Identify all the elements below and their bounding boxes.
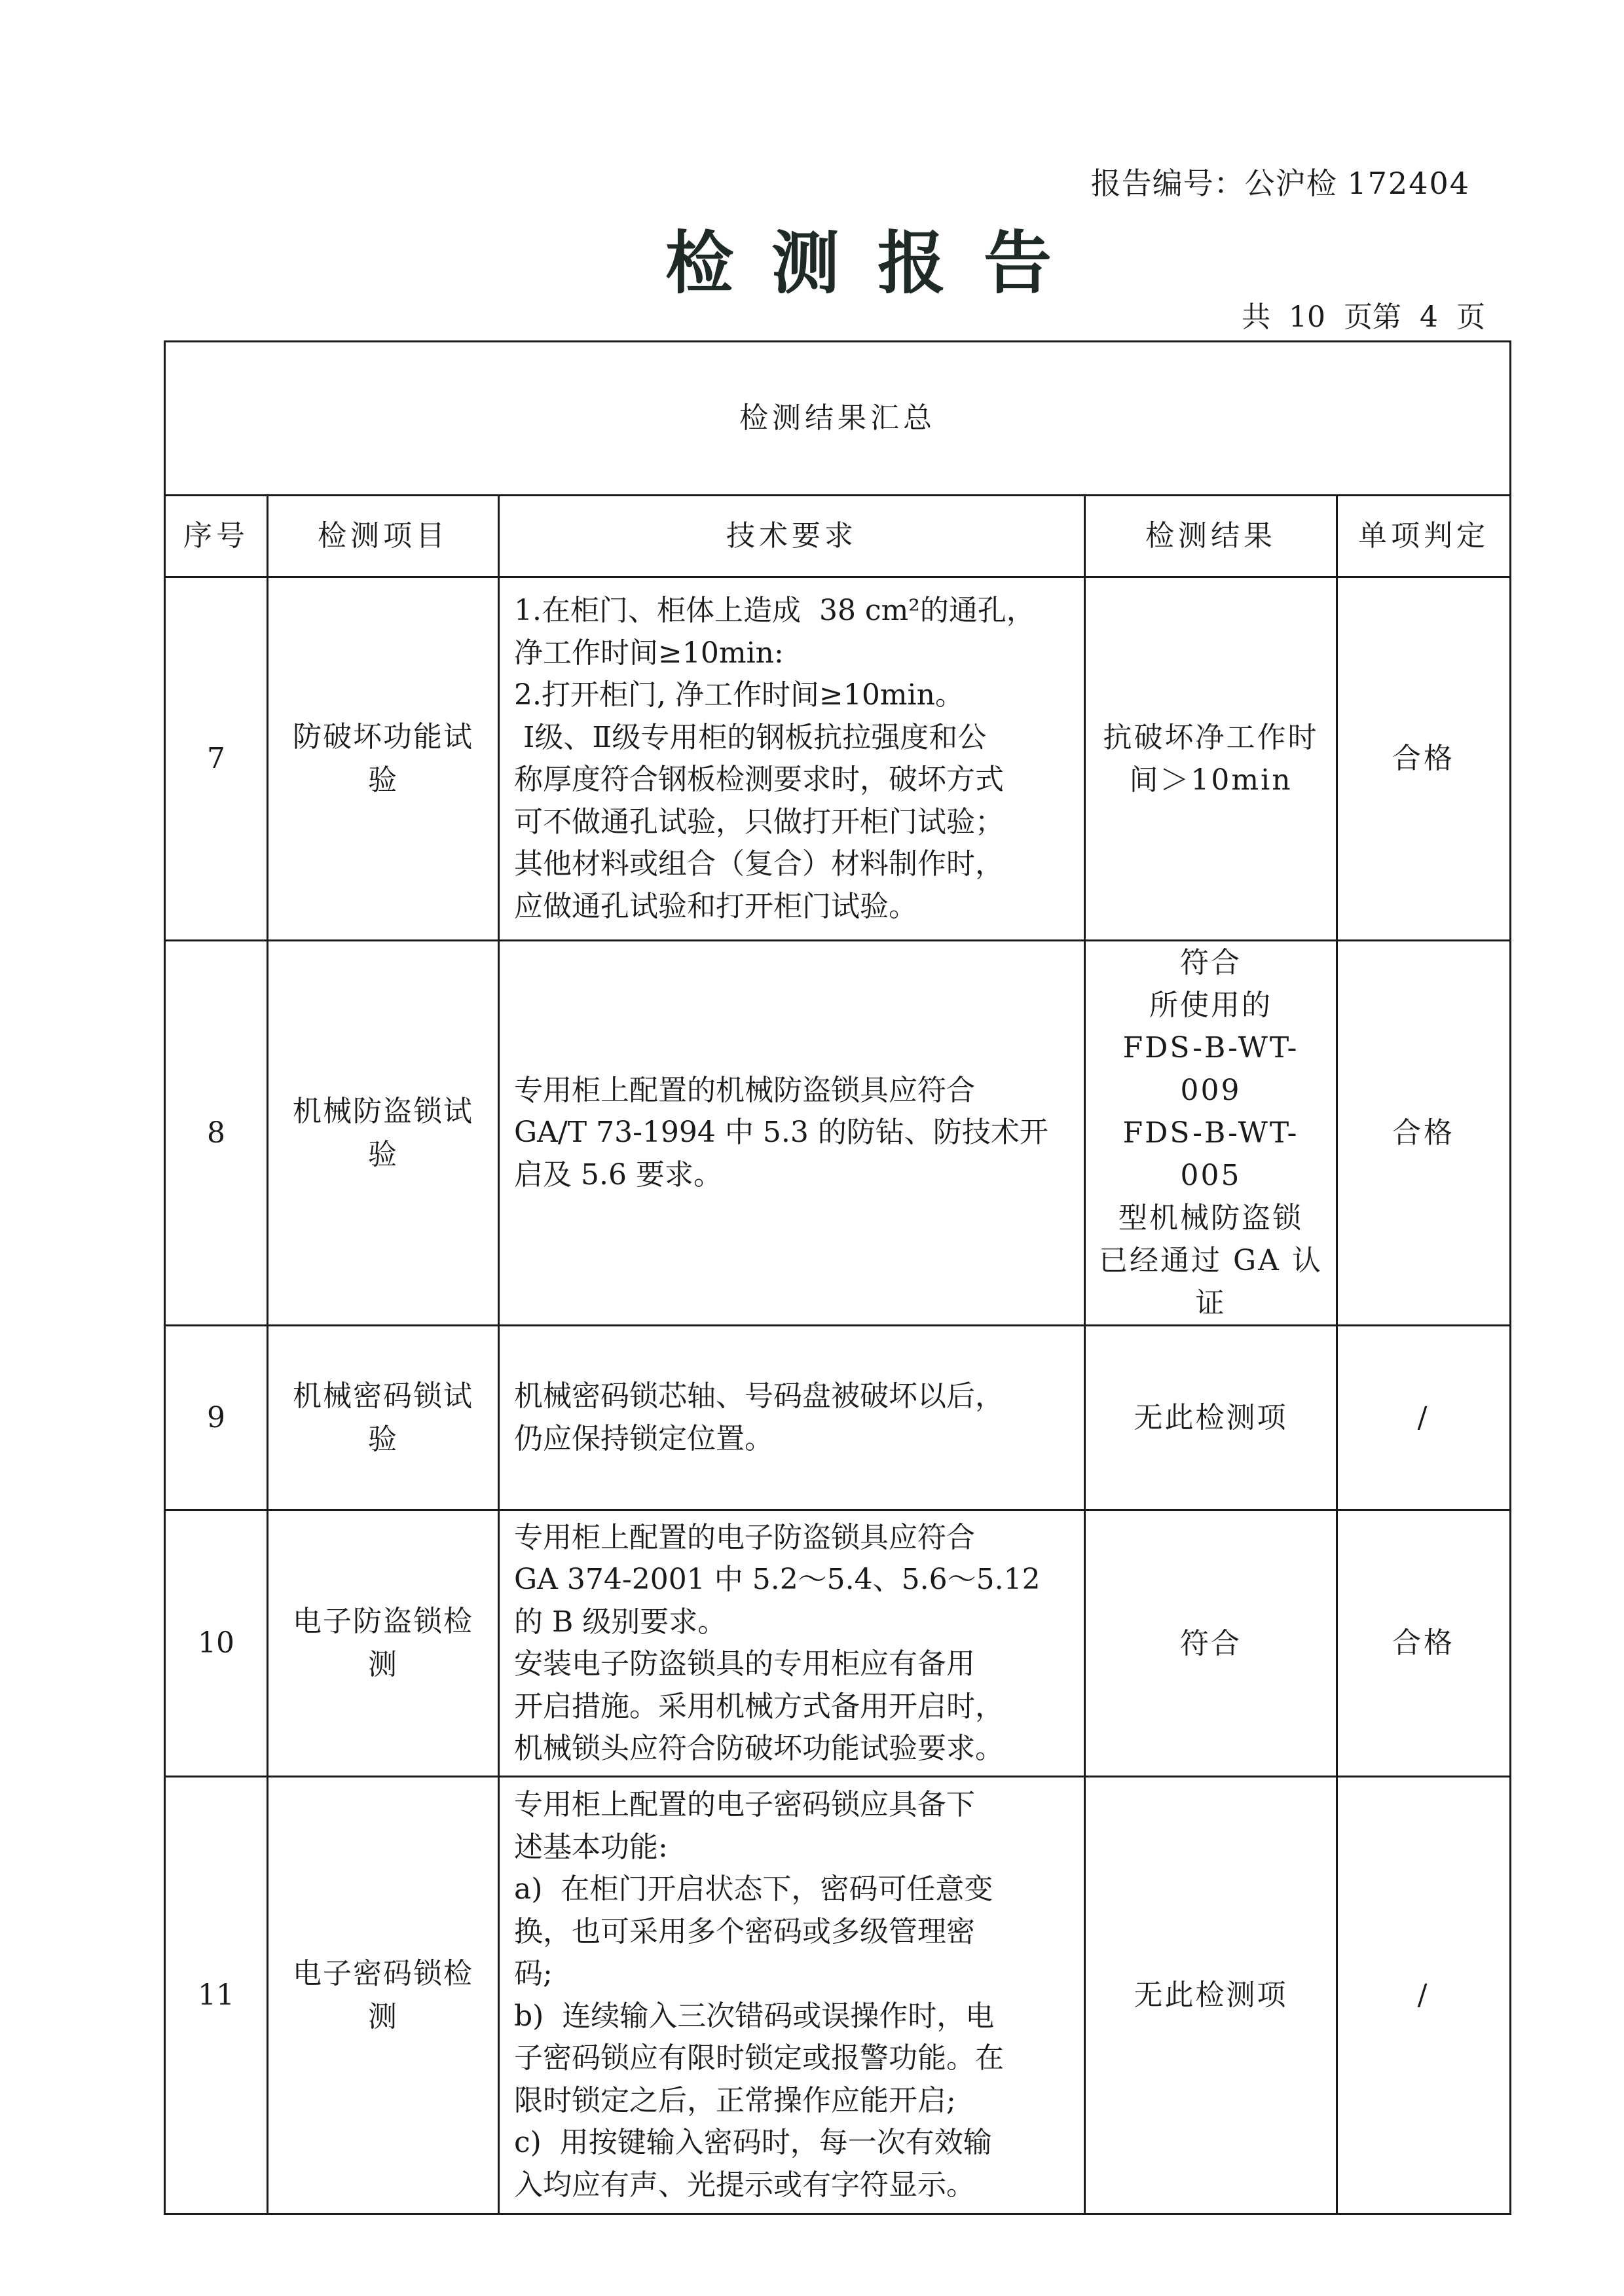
- result-line: 所使用的: [1098, 984, 1324, 1027]
- row-item: 电子防盗锁检测: [268, 1510, 499, 1777]
- requirement-line: 专用柜上配置的电子防盗锁具应符合: [514, 1517, 1077, 1559]
- requirement-line: 安装电子防盗锁具的专用柜应有备用: [514, 1643, 1077, 1686]
- requirement-line: Ⅰ级、Ⅱ级专用柜的钢板抗拉强度和公: [514, 717, 1077, 759]
- report-number: 报告编号：公沪检 172404: [1091, 160, 1470, 203]
- requirement-line: 开启措施。采用机械方式备用开启时，: [514, 1686, 1077, 1728]
- requirement-line: 专用柜上配置的机械防盗锁具应符合: [514, 1070, 1077, 1112]
- column-header-no: 序号: [165, 496, 268, 577]
- row-requirement: 机械密码锁芯轴、号码盘被破坏以后， 仍应保持锁定位置。: [499, 1326, 1085, 1510]
- requirement-line: 可不做通孔试验，只做打开柜门试验；: [514, 801, 1077, 844]
- requirement-line: 述基本功能:: [514, 1827, 1077, 1869]
- requirement-line: 2.打开柜门, 净工作时间≥10min。: [514, 674, 1077, 717]
- table-header-row: 序号 检测项目 技术要求 检测结果 单项判定: [165, 496, 1511, 577]
- requirement-line: 码;: [514, 1953, 1077, 1995]
- row-requirement: 专用柜上配置的机械防盗锁具应符合 GA/T 73-1994 中 5.3 的防钻、…: [499, 941, 1085, 1326]
- row-result: 符合: [1085, 1510, 1337, 1777]
- result-line: 符合: [1098, 941, 1324, 984]
- column-header-item: 检测项目: [268, 496, 499, 577]
- requirement-line: 其他材料或组合（复合）材料制作时，: [514, 843, 1077, 886]
- row-no: 7: [165, 577, 268, 941]
- report-number-label: 报告编号：公沪检: [1091, 166, 1337, 201]
- column-header-requirement: 技术要求: [499, 496, 1085, 577]
- requirement-line: 入均应有声、光提示或有字符显示。: [514, 2164, 1077, 2207]
- requirement-line: 机械锁头应符合防破坏功能试验要求。: [514, 1728, 1077, 1770]
- requirement-line: 称厚度符合钢板检测要求时，破坏方式: [514, 759, 1077, 801]
- report-number-value: 172404: [1347, 166, 1470, 201]
- result-line: 证: [1098, 1282, 1324, 1324]
- row-result: 符合 所使用的 FDS-B-WT-009 FDS-B-WT-005 型机械防盗锁…: [1085, 941, 1337, 1326]
- requirement-line: 仍应保持锁定位置。: [514, 1418, 1077, 1461]
- row-item: 电子密码锁检测: [268, 1777, 499, 2214]
- requirement-line: 限时锁定之后，正常操作应能开启;: [514, 2080, 1077, 2123]
- row-judgement: 合格: [1337, 941, 1511, 1326]
- row-no: 9: [165, 1326, 268, 1510]
- requirement-line: 换，也可采用多个密码或多级管理密: [514, 1911, 1077, 1954]
- requirement-line: 1.在柜门、柜体上造成 38 cm²的通孔，: [514, 590, 1077, 632]
- row-item: 防破坏功能试验: [268, 577, 499, 941]
- table-row: 8 机械防盗锁试验 专用柜上配置的机械防盗锁具应符合 GA/T 73-1994 …: [165, 941, 1511, 1326]
- results-summary-table: 检测结果汇总 序号 检测项目 技术要求 检测结果 单项判定 7 防破坏功能试验 …: [164, 340, 1511, 2215]
- requirement-line: a) 在柜门开启状态下，密码可任意变: [514, 1868, 1077, 1911]
- table-row: 9 机械密码锁试验 机械密码锁芯轴、号码盘被破坏以后， 仍应保持锁定位置。 无此…: [165, 1326, 1511, 1510]
- requirement-line: 专用柜上配置的电子密码锁应具备下: [514, 1784, 1077, 1827]
- row-result: 无此检测项: [1085, 1326, 1337, 1510]
- requirement-line: 机械密码锁芯轴、号码盘被破坏以后，: [514, 1376, 1077, 1418]
- row-requirement: 专用柜上配置的电子密码锁应具备下 述基本功能: a) 在柜门开启状态下，密码可任…: [499, 1777, 1085, 2214]
- requirement-line: 的 B 级别要求。: [514, 1601, 1077, 1644]
- requirement-line: GA/T 73-1994 中 5.3 的防钻、防技术开: [514, 1112, 1077, 1154]
- row-judgement: /: [1337, 1326, 1511, 1510]
- requirement-line: 启及 5.6 要求。: [514, 1154, 1077, 1197]
- row-result: 无此检测项: [1085, 1777, 1337, 2214]
- table-row: 10 电子防盗锁检测 专用柜上配置的电子防盗锁具应符合 GA 374-2001 …: [165, 1510, 1511, 1777]
- row-item: 机械密码锁试验: [268, 1326, 499, 1510]
- requirement-line: b) 连续输入三次错码或误操作时，电: [514, 1995, 1077, 2038]
- requirement-line: GA 374-2001 中 5.2～5.4、5.6～5.12: [514, 1559, 1077, 1601]
- requirement-line: 净工作时间≥10min:: [514, 632, 1077, 675]
- table-row: 7 防破坏功能试验 1.在柜门、柜体上造成 38 cm²的通孔， 净工作时间≥1…: [165, 577, 1511, 941]
- row-judgement: /: [1337, 1777, 1511, 2214]
- row-result: 抗破坏净工作时间＞10min: [1085, 577, 1337, 941]
- column-header-judgement: 单项判定: [1337, 496, 1511, 577]
- row-no: 8: [165, 941, 268, 1326]
- document-title: 检测报告: [0, 208, 1624, 306]
- row-judgement: 合格: [1337, 577, 1511, 941]
- row-no: 11: [165, 1777, 268, 2214]
- column-header-result: 检测结果: [1085, 496, 1337, 577]
- row-item: 机械防盗锁试验: [268, 941, 499, 1326]
- row-requirement: 专用柜上配置的电子防盗锁具应符合 GA 374-2001 中 5.2～5.4、5…: [499, 1510, 1085, 1777]
- result-line: FDS-B-WT-009: [1098, 1027, 1324, 1112]
- row-no: 10: [165, 1510, 268, 1777]
- section-title: 检测结果汇总: [165, 342, 1511, 496]
- result-line: FDS-B-WT-005: [1098, 1112, 1324, 1197]
- result-line: 型机械防盗锁: [1098, 1197, 1324, 1239]
- requirement-line: 应做通孔试验和打开柜门试验。: [514, 886, 1077, 928]
- requirement-line: 子密码锁应有限时锁定或报警功能。在: [514, 2037, 1077, 2080]
- requirement-line: c) 用按键输入密码时，每一次有效输: [514, 2122, 1077, 2164]
- page-count: 共 10 页第 4 页: [1242, 293, 1485, 335]
- result-line: 已经通过 GA 认: [1098, 1239, 1324, 1282]
- row-requirement: 1.在柜门、柜体上造成 38 cm²的通孔， 净工作时间≥10min: 2.打开…: [499, 577, 1085, 941]
- table-row: 11 电子密码锁检测 专用柜上配置的电子密码锁应具备下 述基本功能: a) 在柜…: [165, 1777, 1511, 2214]
- row-judgement: 合格: [1337, 1510, 1511, 1777]
